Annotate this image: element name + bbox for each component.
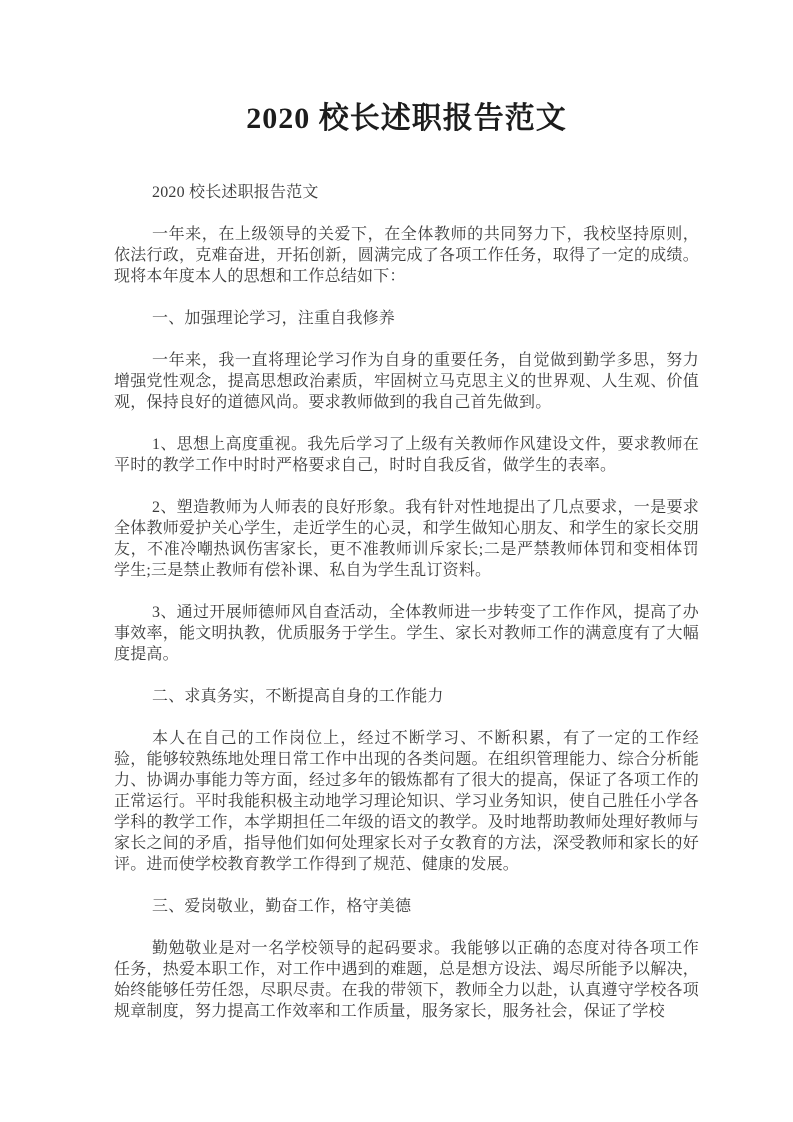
section-heading-1: 一、加强理论学习，注重自我修养 [114,308,699,329]
section-heading-3: 三、爱岗敬业，勤奋工作，格守美德 [114,896,699,917]
opening-paragraph: 一年来，在上级领导的关爱下，在全体教师的共同努力下，我校坚持原则，依法行政，克难… [114,224,699,287]
section-heading-2: 二、求真务实，不断提高自身的工作能力 [114,686,699,707]
section3-paragraph: 勤勉敬业是对一名学校领导的起码要求。我能够以正确的态度对待各项工作任务，热爱本职… [114,938,699,1022]
intro-line: 2020 校长述职报告范文 [114,182,699,203]
section1-item-2: 2、塑造教师为人师表的良好形象。我有针对性地提出了几点要求，一是要求全体教师爱护… [114,497,699,581]
document-page: 2020 校长述职报告范文 2020 校长述职报告范文 一年来，在上级领导的关爱… [0,0,793,1122]
section1-paragraph: 一年来，我一直将理论学习作为自身的重要任务，自觉做到勤学多思，努力增强党性观念，… [114,350,699,413]
section1-item-1: 1、思想上高度重视。我先后学习了上级有关教师作风建设文件，要求教师在平时的教学工… [114,434,699,476]
document-title: 2020 校长述职报告范文 [114,101,699,136]
section2-paragraph: 本人在自己的工作岗位上，经过不断学习、不断积累，有了一定的工作经验，能够较熟练地… [114,728,699,875]
section1-item-3: 3、通过开展师德师风自查活动，全体教师进一步转变了工作作风，提高了办事效率，能文… [114,602,699,665]
